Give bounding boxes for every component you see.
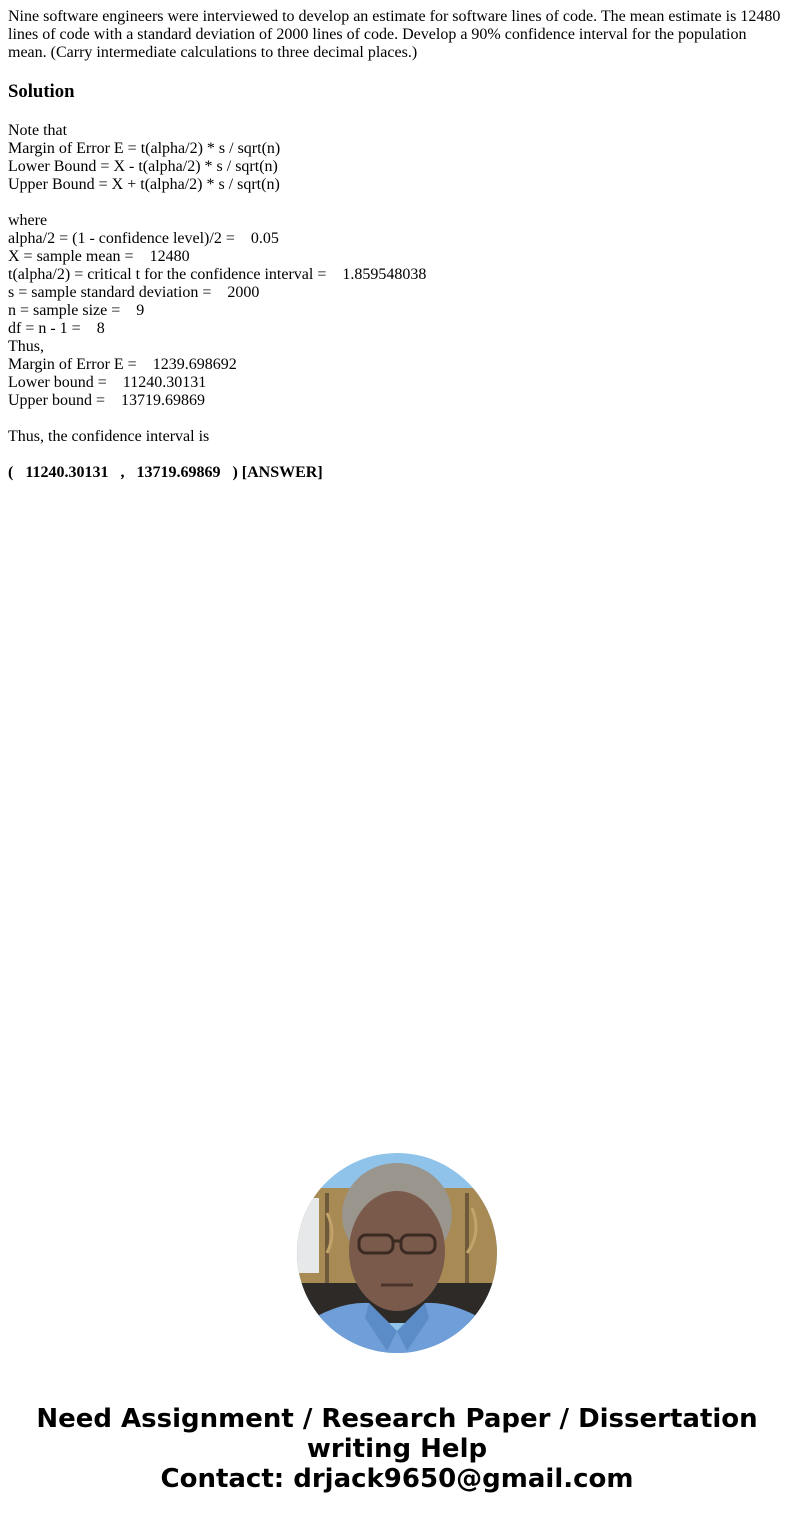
solution-line: s = sample standard deviation = 2000	[8, 284, 786, 302]
solution-line: Note that	[8, 122, 786, 140]
solution-body: Note thatMargin of Error E = t(alpha/2) …	[8, 122, 786, 482]
answer-line: ( 11240.30131 , 13719.69869 ) [ANSWER]	[8, 464, 786, 482]
solution-line: Thus,	[8, 338, 786, 356]
author-photo-icon	[297, 1153, 497, 1353]
solution-line	[8, 194, 786, 212]
question-text: Nine software engineers were interviewed…	[8, 8, 786, 62]
solution-line: X = sample mean = 12480	[8, 248, 786, 266]
promo-line-2: writing Help	[0, 1434, 794, 1464]
solution-line: Lower bound = 11240.30131	[8, 374, 786, 392]
solution-line: Margin of Error E = t(alpha/2) * s / sqr…	[8, 140, 786, 158]
promo-line-1: Need Assignment / Research Paper / Disse…	[0, 1404, 794, 1434]
promo-banner: Need Assignment / Research Paper / Disse…	[0, 1404, 794, 1494]
document-content: Nine software engineers were interviewed…	[8, 8, 786, 482]
solution-line: t(alpha/2) = critical t for the confiden…	[8, 266, 786, 284]
solution-line	[8, 410, 786, 428]
solution-line: Margin of Error E = 1239.698692	[8, 356, 786, 374]
solution-line: Thus, the confidence interval is	[8, 428, 786, 446]
solution-line: Upper Bound = X + t(alpha/2) * s / sqrt(…	[8, 176, 786, 194]
author-avatar	[297, 1153, 497, 1353]
solution-heading: Solution	[8, 81, 786, 103]
solution-line: where	[8, 212, 786, 230]
promo-contact: Contact: drjack9650@gmail.com	[0, 1464, 794, 1494]
solution-line	[8, 446, 786, 464]
solution-line: n = sample size = 9	[8, 302, 786, 320]
solution-line: Upper bound = 13719.69869	[8, 392, 786, 410]
solution-line: Lower Bound = X - t(alpha/2) * s / sqrt(…	[8, 158, 786, 176]
solution-line: df = n - 1 = 8	[8, 320, 786, 338]
solution-line: alpha/2 = (1 - confidence level)/2 = 0.0…	[8, 230, 786, 248]
